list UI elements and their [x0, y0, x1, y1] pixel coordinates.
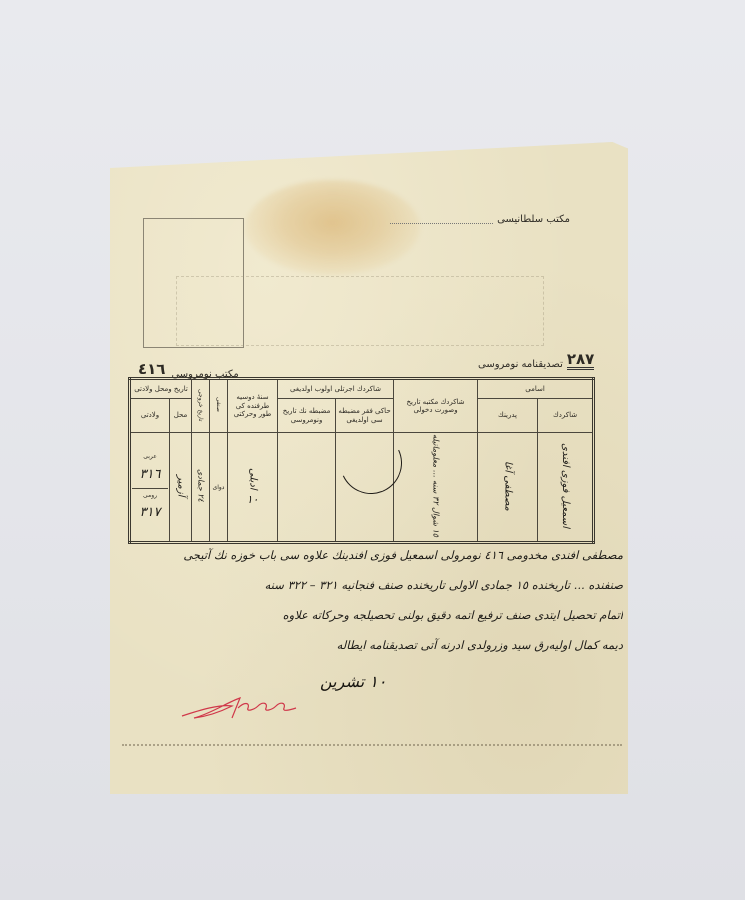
document-date: ١٠ تشرين	[320, 672, 386, 691]
body-line-4: ديمه كمال اوليه‌رق سيد وزرولدى ادرنه آتى…	[118, 630, 623, 660]
perforation-line	[122, 744, 622, 746]
cell-entry-info: ١٥ شوال ٣٢ سنه ... معلوماتيله	[394, 433, 478, 543]
cell-father-name: مصطفى آغا	[478, 433, 538, 543]
header-reg-no: مضبطه نك تاريخ ونومروسى	[278, 399, 336, 433]
header-birth-group: تاريخ ومحل ولادتى	[130, 379, 192, 399]
body-line-2: صنفنده ... تاريخنده ١٥ جمادى الاولى تاري…	[118, 570, 623, 600]
cell-student-name: اسمعيل فوزى افندى	[538, 433, 594, 543]
faint-stamp-area	[176, 276, 544, 346]
header-date-of-leave: تاريخ خروجى	[192, 379, 210, 433]
water-stain	[245, 180, 420, 275]
header-annual-conduct: سنهٔ دوسيه طرفنده كى طور وحركتى	[228, 379, 278, 433]
body-line-3: اتمام تحصيل ايتدى صنف ترفيع اتمه دقيق بو…	[118, 600, 623, 630]
dotted-fill-line	[390, 215, 493, 224]
certificate-number-value: ٢٨٧	[567, 352, 594, 370]
handwritten-body: مصطفى افندى مخدومى ٤١٦ نومرولى اسمعيل فو…	[118, 540, 623, 660]
school-label: مكتب سلطانيسى	[497, 214, 570, 225]
header-grade: صنفى	[210, 379, 228, 433]
header-poverty-doc: حاكى فقر مضبطه سى اولديغى	[336, 399, 394, 433]
header-parents-group: شاكردك اجرتلى اولوب اولديغى	[278, 379, 394, 399]
red-signature-icon	[180, 692, 300, 720]
header-birth-date: ولادتى	[130, 399, 170, 433]
certificate-number: ٢٨٧ تصديقنامه نومروسى	[478, 352, 594, 370]
header-student: شاكردك	[538, 399, 594, 433]
cell-reg-no	[278, 433, 336, 543]
school-title: مكتب سلطانيسى	[390, 214, 570, 225]
cell-birthplace: آزمير	[170, 433, 192, 543]
cell-birth-date: عربى ٣١٦ رومى ٣١٧	[130, 433, 170, 543]
cell-grade: دواى	[210, 433, 228, 543]
header-entry: شاكردك مكتبه تاريخ وصورت دخولى	[394, 379, 478, 433]
cell-date-of-leave: ٢٤ جمادى	[192, 433, 210, 543]
header-birthplace: محل	[170, 399, 192, 433]
certificate-number-label: تصديقنامه نومروسى	[478, 359, 563, 370]
body-line-1: مصطفى افندى مخدومى ٤١٦ نومرولى اسمعيل فو…	[118, 540, 623, 570]
conduct-score: ١٠	[247, 493, 259, 506]
cell-annual-conduct: ادبلى ١٠	[228, 433, 278, 543]
header-names: اسامى	[478, 379, 594, 399]
header-father: پدرينك	[478, 399, 538, 433]
